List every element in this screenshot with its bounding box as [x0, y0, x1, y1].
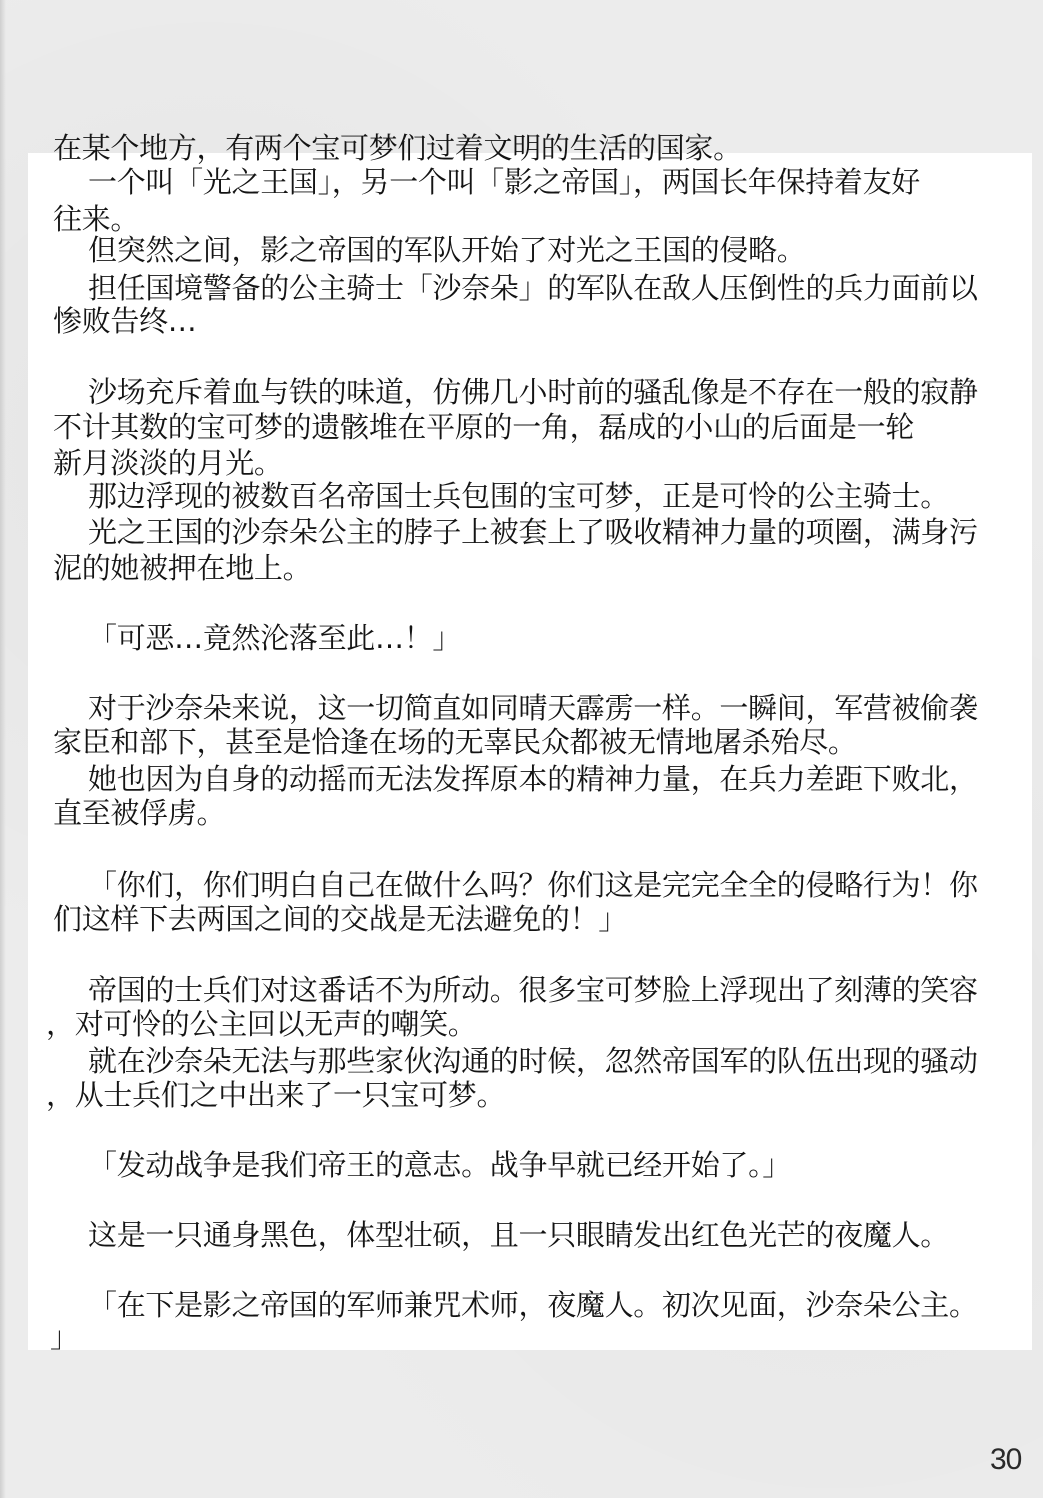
- text-line: 沙场充斥着血与铁的味道，仿佛几小时前的骚乱像是不存在一般的寂静: [88, 375, 978, 409]
- dialogue-line: 「你们，你们明白自己在做什么吗？你们这是完完全全的侵略行为！你: [88, 868, 978, 902]
- dialogue-line: 「发动战争是我们帝王的意志。战争早就已经开始了。」: [88, 1148, 791, 1182]
- text-line: 担任国境警备的公主骑士「沙奈朵」的军队在敌人压倒性的兵力面前以: [88, 271, 978, 305]
- text-line: 那边浮现的被数百名帝国士兵包围的宝可梦，正是可怜的公主骑士。: [88, 479, 949, 513]
- text-line: 但突然之间，影之帝国的军队开始了对光之王国的侵略。: [88, 233, 806, 267]
- text-line: 一个叫「光之王国」，另一个叫「影之帝国」，两国长年保持着友好: [88, 165, 920, 199]
- text-line: 直至被俘虏。: [53, 796, 225, 830]
- text-line: ，从士兵们之中出来了一只宝可梦。: [46, 1078, 505, 1112]
- paper-edge: [0, 0, 6, 1498]
- text-line: 往来。: [53, 202, 139, 236]
- dialogue-line: 「可恶…竟然沦落至此…！」: [88, 621, 461, 655]
- text-line: 她也因为自身的动摇而无法发挥原本的精神力量，在兵力差距下败北，: [88, 762, 978, 796]
- text-line: 这是一只通身黑色，体型壮硕，且一只眼睛发出红色光芒的夜魔人。: [88, 1218, 949, 1252]
- text-line: 家臣和部下，甚至是恰逢在场的无辜民众都被无情地屠杀殆尽。: [53, 725, 857, 759]
- page-number: 30: [990, 1443, 1021, 1477]
- dialogue-line: 们这样下去两国之间的交战是无法避免的！」: [53, 902, 627, 936]
- text-line: 光之王国的沙奈朵公主的脖子上被套上了吸收精神力量的项圈，满身污: [88, 515, 978, 549]
- text-line: 在某个地方，有两个宝可梦们过着文明的生活的国家。: [53, 131, 742, 165]
- dialogue-line: 」: [50, 1320, 79, 1354]
- text-line: 对于沙奈朵来说，这一切简直如同晴天霹雳一样。一瞬间，军营被偷袭: [88, 691, 978, 725]
- text-line: 惨败告终…: [53, 304, 197, 338]
- text-line: 帝国的士兵们对这番话不为所动。很多宝可梦脸上浮现出了刻薄的笑容: [88, 973, 978, 1007]
- dialogue-line: 「在下是影之帝国的军师兼咒术师，夜魔人。初次见面，沙奈朵公主。: [88, 1288, 978, 1322]
- text-line: 不计其数的宝可梦的遗骸堆在平原的一角，磊成的小山的后面是一轮: [53, 410, 914, 444]
- text-line: 泥的她被押在地上。: [53, 551, 311, 585]
- text-line: 新月淡淡的月光。: [53, 446, 283, 480]
- text-line: ，对可怜的公主回以无声的嘲笑。: [46, 1007, 477, 1041]
- text-line: 就在沙奈朵无法与那些家伙沟通的时候，忽然帝国军的队伍出现的骚动: [88, 1044, 978, 1078]
